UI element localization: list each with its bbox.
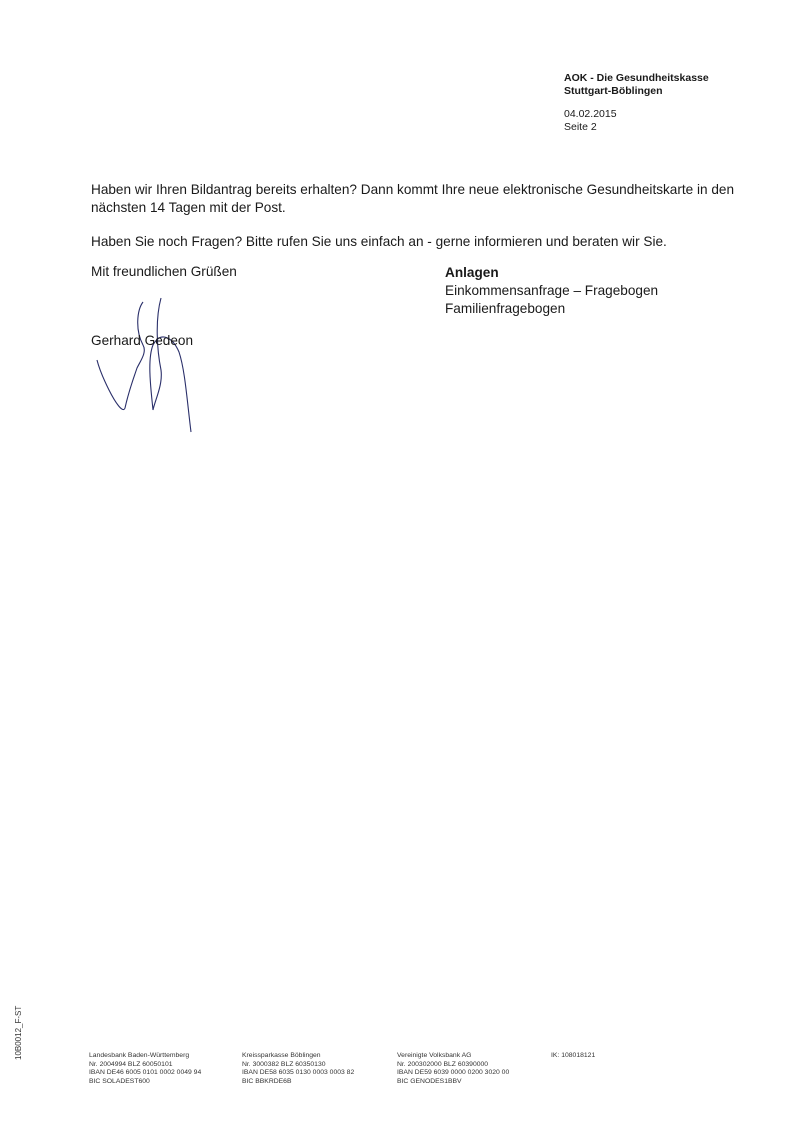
page-number: Seite 2 (564, 121, 617, 134)
bank-account: Nr. 2004994 BLZ 60050101 (89, 1061, 201, 1070)
letter-meta: 04.02.2015 Seite 2 (564, 108, 617, 134)
bank-name: Vereinigte Volksbank AG (397, 1052, 509, 1061)
sender-name: AOK - Die Gesundheitskasse (564, 72, 709, 85)
attachments-title: Anlagen (445, 264, 658, 282)
bank-details: Kreissparkasse Böblingen Nr. 3000382 BLZ… (242, 1052, 354, 1086)
bank-iban: IBAN DE59 6039 0000 0200 3020 00 (397, 1069, 509, 1078)
bank-bic: BIC SOLADEST600 (89, 1078, 201, 1087)
body-paragraph-2: Haben Sie noch Fragen? Bitte rufen Sie u… (91, 233, 751, 251)
form-code: 10B0012_F-ST (14, 1006, 23, 1060)
bank-name: Kreissparkasse Böblingen (242, 1052, 354, 1061)
attachments-block: Anlagen Einkommensanfrage – Fragebogen F… (445, 264, 658, 318)
attachment-item: Familienfragebogen (445, 300, 658, 318)
bank-account: Nr. 200302000 BLZ 60390000 (397, 1061, 509, 1070)
sender-block: AOK - Die Gesundheitskasse Stuttgart-Böb… (564, 72, 709, 98)
bank-iban: IBAN DE46 6005 0101 0002 0049 94 (89, 1069, 201, 1078)
signature-icon (95, 290, 205, 435)
bank-bic: BIC GENODES1BBV (397, 1078, 509, 1087)
closing-greeting: Mit freundlichen Grüßen (91, 264, 237, 279)
bank-account: Nr. 3000382 BLZ 60350130 (242, 1061, 354, 1070)
body-paragraph-1: Haben wir Ihren Bildantrag bereits erhal… (91, 181, 751, 217)
bank-name: Landesbank Baden-Württemberg (89, 1052, 201, 1061)
bank-bic: BIC BBKRDE6B (242, 1078, 354, 1087)
signer-name: Gerhard Gedeon (91, 333, 193, 348)
ik-number: IK: 108018121 (551, 1052, 595, 1061)
bank-details: Landesbank Baden-Württemberg Nr. 2004994… (89, 1052, 201, 1086)
sender-location: Stuttgart-Böblingen (564, 85, 709, 98)
bank-iban: IBAN DE58 6035 0130 0003 0003 82 (242, 1069, 354, 1078)
bank-details: Vereinigte Volksbank AG Nr. 200302000 BL… (397, 1052, 509, 1086)
letter-date: 04.02.2015 (564, 108, 617, 121)
attachment-item: Einkommensanfrage – Fragebogen (445, 282, 658, 300)
